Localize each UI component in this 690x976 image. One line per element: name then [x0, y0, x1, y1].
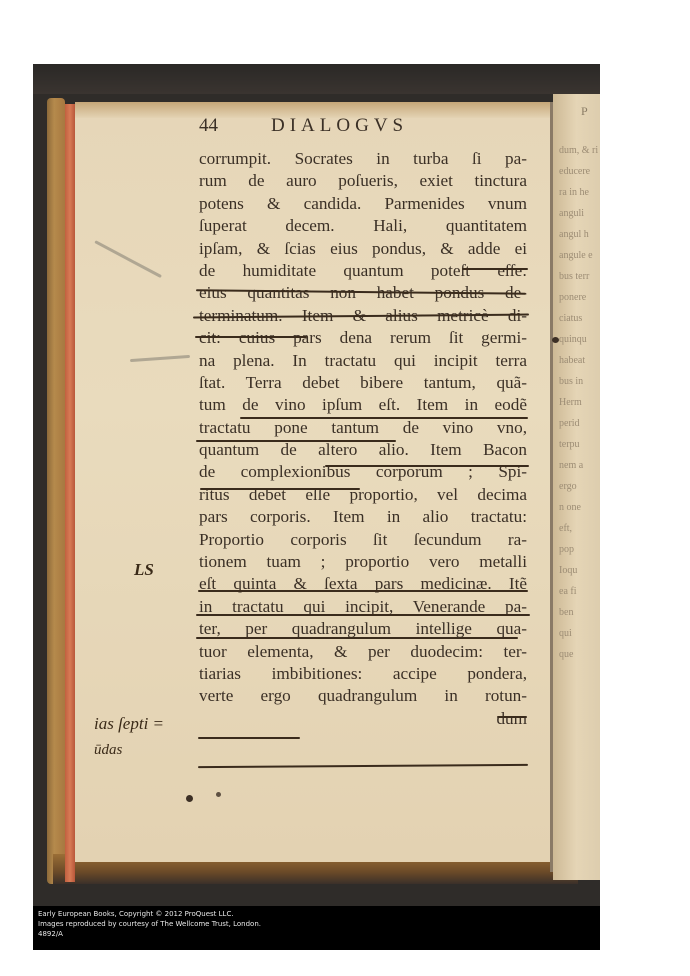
text-line: corrumpit. Socrates in turba ſi pa- — [199, 148, 527, 170]
facing-page-header: P — [581, 104, 588, 119]
ink-underline — [198, 590, 528, 592]
margin-handwritten-note: ūdas — [94, 742, 122, 759]
ink-underline — [196, 637, 518, 639]
red-page-edge — [65, 104, 75, 882]
ink-underline — [462, 268, 528, 270]
book-board-left — [47, 98, 65, 884]
text-line: Proportio corporis ſit ſecundum ra- — [199, 529, 527, 551]
footer-copyright: Early European Books, Copyright © 2012 P… — [38, 910, 234, 918]
text-line: rum de auro poſueris, exiet tinctura — [199, 170, 527, 192]
text-line: cit: cuius pars dena rerum ſit germi- — [199, 327, 527, 349]
facing-page: P dum, & ri educere ra in he anguli angu… — [553, 94, 600, 880]
ink-underline — [497, 716, 527, 718]
footer-shelfmark: 4892/A — [38, 930, 63, 938]
text-line: tum de vino ipſum eſt. Item in eodẽ — [199, 394, 527, 416]
text-line: tionem tuam ; proportio vero metalli — [199, 551, 527, 573]
text-line: potens & candida. Parmenides vnum — [199, 193, 527, 215]
ink-blot — [552, 337, 559, 343]
text-line: tractatu pone tantum de vino vno, — [199, 417, 527, 439]
text-line: de humiditate quantum poteſt eſſe: — [199, 260, 527, 282]
margin-handwritten-note: ias ſepti = — [94, 714, 164, 734]
text-line-catchword: dum — [199, 708, 527, 730]
ink-blot — [216, 792, 221, 797]
copyright-footer: Early European Books, Copyright © 2012 P… — [33, 906, 600, 950]
ink-underline — [325, 465, 529, 467]
text-line: tuor elementa, & per duodecim: ter- — [199, 641, 527, 663]
facing-page-text: dum, & ri educere ra in he anguli angul … — [559, 140, 599, 665]
text-line: tiarias imbibitiones: accipe pondera, — [199, 663, 527, 685]
text-line: eſt quinta & ſexta pars medicinæ. Itẽ — [199, 573, 527, 595]
ink-underline — [196, 614, 530, 616]
page-number: 44 — [199, 115, 218, 137]
scan-top-shadow — [33, 64, 600, 94]
running-header: 44 DIALOGVS — [199, 114, 529, 140]
text-line: quantum de altero alio. Item Bacon — [199, 439, 527, 461]
text-line: verte ergo quadrangulum in rotun- — [199, 685, 527, 707]
ink-underline — [198, 737, 300, 739]
text-line: ſuperat decem. Hali, quantitatem — [199, 215, 527, 237]
ink-underline — [195, 336, 307, 338]
margin-manicule-mark: LS — [134, 560, 154, 580]
text-line: pars corporis. Item in alio tractatu: — [199, 506, 527, 528]
ink-blot — [186, 795, 193, 802]
ink-underline — [196, 440, 396, 442]
text-line: ſtat. Terra debet bibere tantum, quã- — [199, 372, 527, 394]
footer-courtesy: Images reproduced by courtesy of The Wel… — [38, 920, 261, 928]
running-title: DIALOGVS — [271, 115, 408, 137]
ink-underline — [240, 417, 528, 419]
ink-underline — [200, 488, 360, 490]
text-line: na plena. In tractatu qui incipit terra — [199, 350, 527, 372]
text-line: ipſam, & ſcias eius pondus, & adde ei — [199, 238, 527, 260]
